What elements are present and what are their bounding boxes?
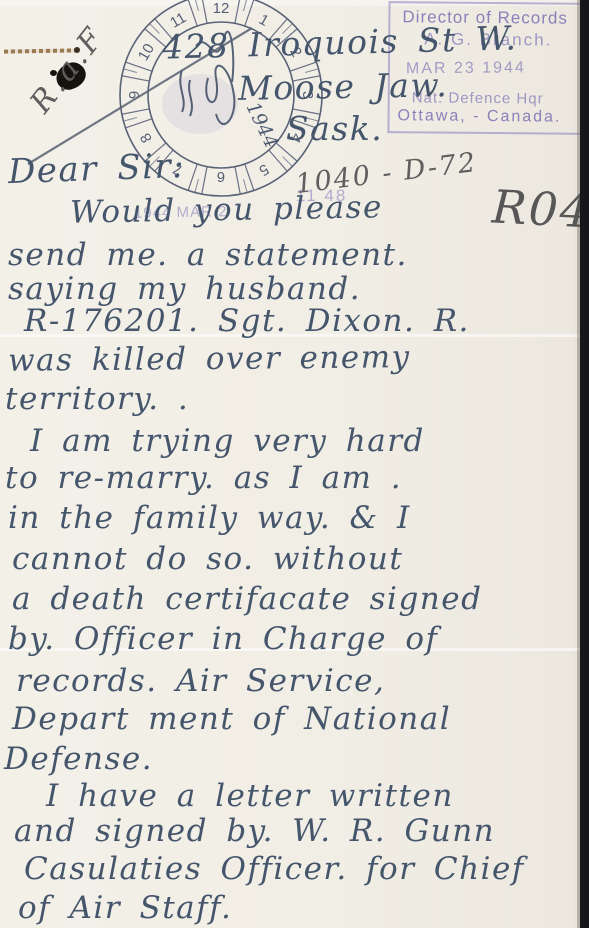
- letter-line: Depart ment of National: [12, 704, 451, 735]
- letter-line: Casulaties Officer. for Chief: [24, 854, 525, 885]
- letter-line: a death certifacate signed: [12, 584, 482, 615]
- letter-line: was killed over enemy: [8, 342, 411, 377]
- letter-line: send me. a statement.: [8, 240, 408, 271]
- scan-border: [580, 0, 589, 928]
- letter-line: cannot do so. without: [12, 544, 403, 575]
- letter-line: Would you please: [70, 192, 383, 228]
- routing-code-pencil: R04: [491, 179, 589, 238]
- letter-line: in the family way. & I: [8, 503, 411, 534]
- scanned-letter-page: R.a.F: [0, 0, 589, 928]
- letter-line: and signed by. W. R. Gunn: [14, 816, 495, 847]
- letter-line: by. Officer in Charge of: [8, 624, 439, 655]
- letter-line: records. Air Service,: [16, 666, 385, 697]
- stamp-line: Ottawa, - Canada.: [397, 107, 561, 126]
- address-line: Sask.: [286, 112, 383, 145]
- letter-line: saying my husband.: [8, 274, 361, 305]
- letter-line: of Air Staff.: [18, 893, 232, 924]
- dial-number: 12: [213, 0, 230, 17]
- address-line: 428 Iroquois St W.: [162, 21, 518, 63]
- address-line: Moose Jaw.: [238, 68, 449, 105]
- letter-line: to re-marry. as I am .: [5, 463, 402, 494]
- letter-line: I am trying very hard: [30, 426, 425, 457]
- letter-line: Defense.: [4, 744, 153, 775]
- dial-number: 6: [217, 168, 225, 185]
- letter-line: I have a letter written: [46, 781, 454, 812]
- letter-line: R-176201. Sgt. Dixon. R.: [24, 306, 470, 337]
- letter-line: territory. .: [5, 384, 189, 415]
- salutation: Dear Sir:: [7, 149, 185, 189]
